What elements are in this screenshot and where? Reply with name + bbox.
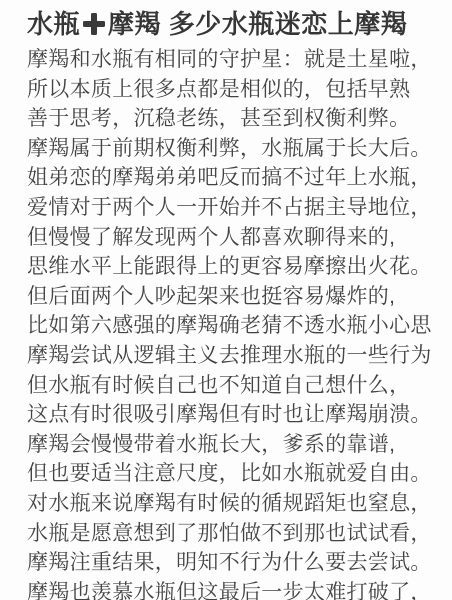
page-title: 水瓶 摩羯 多少水瓶迷恋上摩羯 xyxy=(0,0,452,41)
text-line: 摩羯属于前期权衡利弊，水瓶属于长大后。 xyxy=(27,134,438,164)
text-line: 摩羯也羡慕水瓶但这最后一步太难打破了， xyxy=(27,578,438,600)
text-line: 摩羯和水瓶有相同的守护星：就是土星啦， xyxy=(27,45,438,75)
text-line: 爱情对于两个人一开始并不占据主导地位， xyxy=(27,193,438,223)
text-line: 摩羯尝试从逻辑主义去推理水瓶的一些行为 xyxy=(27,341,438,371)
text-line: 但慢慢了解发现两个人都喜欢聊得来的, xyxy=(27,223,438,253)
plus-icon xyxy=(83,13,105,35)
text-line: 这点有时很吸引摩羯但有时也让摩羯崩溃。 xyxy=(27,400,438,430)
text-line: 摩羯注重结果，明知不行为什么要去尝试。 xyxy=(27,548,438,578)
article-body: 摩羯和水瓶有相同的守护星：就是土星啦， 所以本质上很多点都是相似的，包括早熟 善… xyxy=(0,41,452,600)
title-part1: 水瓶 xyxy=(27,7,80,41)
text-line: 姐弟恋的摩羯弟弟吧反而搞不过年上水瓶， xyxy=(27,163,438,193)
text-line: 但后面两个人吵起架来也挺容易爆炸的, xyxy=(27,282,438,312)
title-part2: 摩羯 多少水瓶迷恋上摩羯 xyxy=(108,7,407,41)
text-line: 对水瓶来说摩羯有时候的循规蹈矩也窒息， xyxy=(27,489,438,519)
text-line: 比如第六感强的摩羯确老猜不透水瓶小心思 xyxy=(27,311,438,341)
text-line: 善于思考，沉稳老练，甚至到权衡利弊。 xyxy=(27,104,438,134)
text-line: 摩羯会慢慢带着水瓶长大，爹系的靠谱, xyxy=(27,430,438,460)
article-page: 水瓶 摩羯 多少水瓶迷恋上摩羯 摩羯和水瓶有相同的守护星：就是土星啦， 所以本质… xyxy=(0,0,452,600)
text-line: 水瓶是愿意想到了那怕做不到那也试试看， xyxy=(27,519,438,549)
text-line: 所以本质上很多点都是相似的，包括早熟 xyxy=(27,75,438,105)
text-line: 但也要适当注意尺度，比如水瓶就爱自由。 xyxy=(27,459,438,489)
text-line: 思维水平上能跟得上的更容易摩擦出火花。 xyxy=(27,252,438,282)
text-line: 但水瓶有时候自己也不知道自己想什么， xyxy=(27,371,438,401)
